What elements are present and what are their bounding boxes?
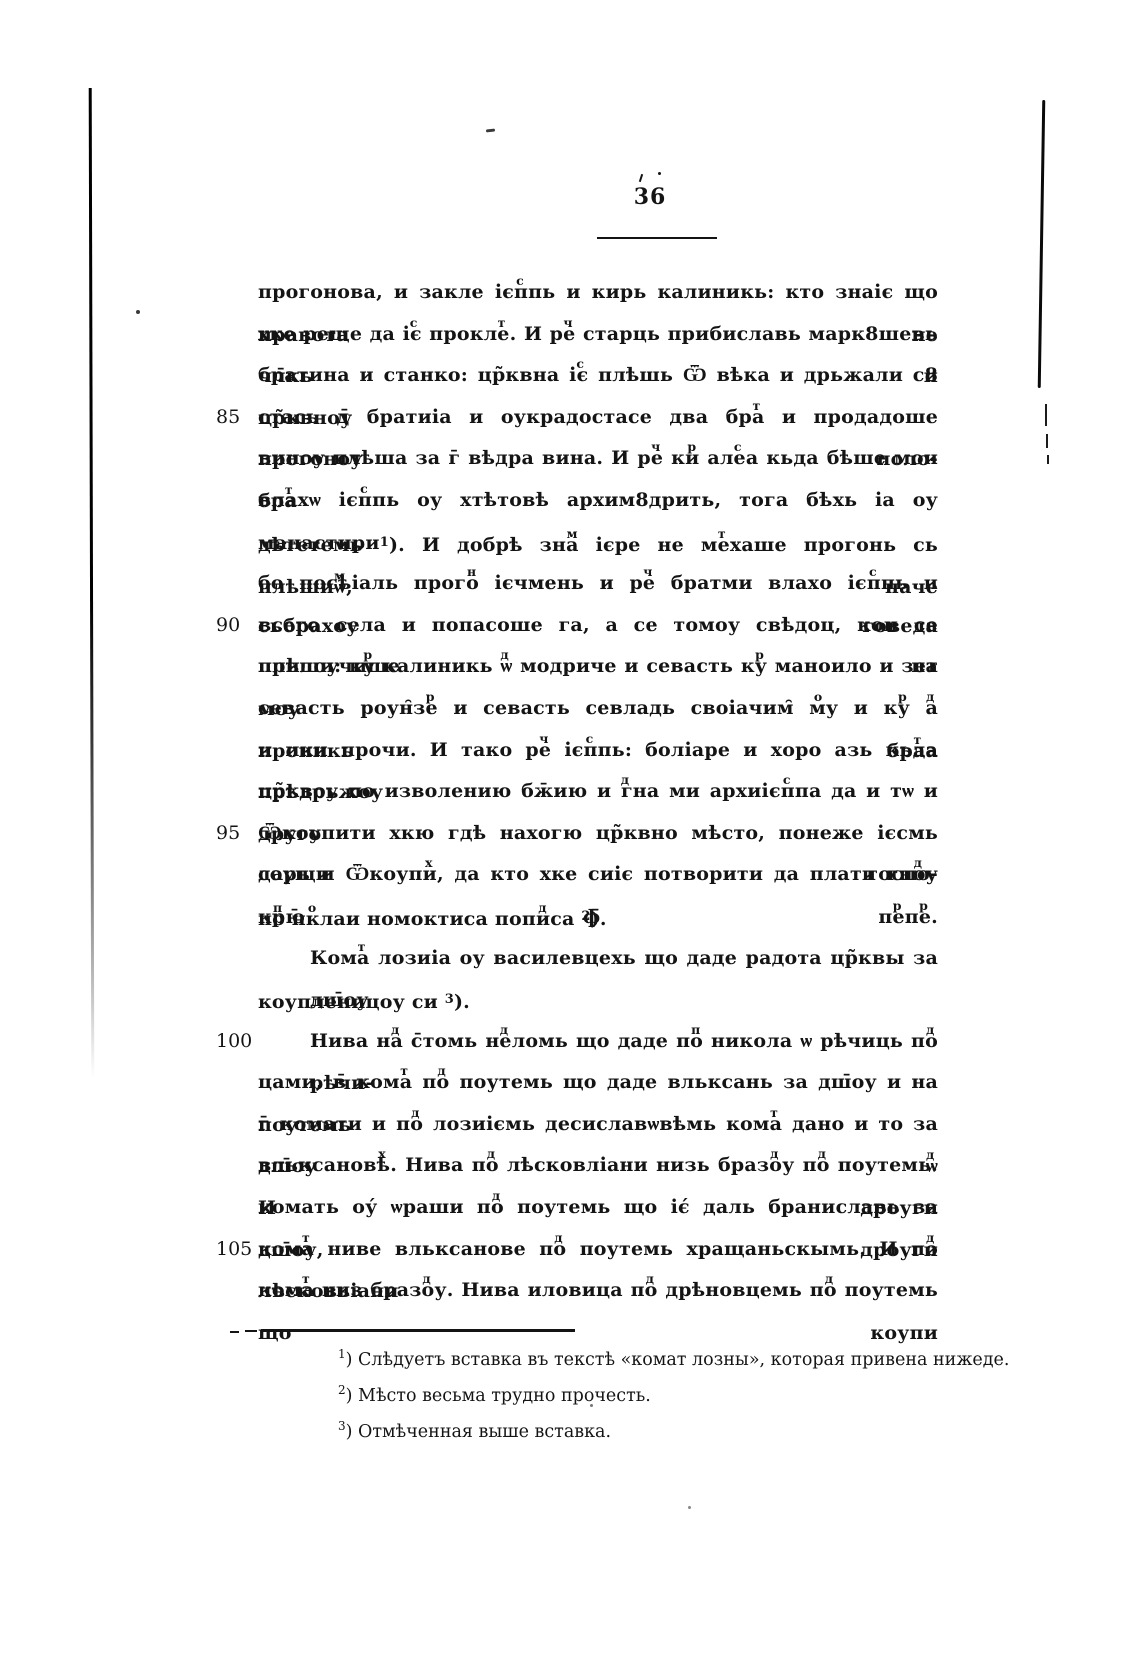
text-line: севасть роун̑зер и севасть севладь своіа…	[258, 688, 938, 730]
text-line: г̄ комати и под лозиіємь десиславѡвѣмь к…	[258, 1104, 938, 1146]
footnote-marker: 2)	[338, 1386, 352, 1406]
line-number: 95	[216, 813, 252, 855]
footnote-rule	[230, 1331, 239, 1333]
ink-speck	[486, 129, 495, 133]
footnote-ref: 2	[581, 909, 590, 924]
text-line: бо посѣіаль прогон ієчмень и реч братми …	[258, 563, 938, 605]
line-number: 85	[216, 397, 252, 439]
text-line: поп нколаи номоктиса попидса 2).	[258, 896, 938, 938]
page-number: 36	[560, 184, 740, 210]
text-line: дѣтетемь 1). И добрѣ знам ієре не метхаш…	[258, 522, 938, 564]
scan-edge-line-right-dash	[1047, 455, 1049, 464]
scan-edge-line-right-dash	[1045, 404, 1047, 426]
ink-speck	[688, 1506, 691, 1509]
text-line: Комат лозиіа оу василевцехь що даде радо…	[258, 938, 938, 980]
main-text-block: прогонова, и закле ієпспь и кирь калиник…	[258, 272, 938, 1312]
text-line: комать оу́ ѡраши под поутемь що іє́ даль…	[258, 1187, 938, 1229]
text-line: комат ниве вльксанове под поутемь хращан…	[258, 1229, 938, 1271]
footnote-rule	[261, 1329, 575, 1332]
text-line: прогонова, и закле ієпспь и кирь калиник…	[258, 272, 938, 314]
scan-edge-line-left	[89, 88, 95, 1078]
footnote-marker: 1)	[338, 1350, 352, 1370]
line-number: 105	[216, 1229, 252, 1271]
footnote-ref: 1	[380, 535, 389, 550]
line-number: 100	[216, 1021, 252, 1063]
text-line: плѣши: кур калиникь ѡд модриче и севасть…	[258, 646, 938, 688]
text-line: Нива над с̄томь недломь що даде поп нико…	[258, 1021, 938, 1063]
text-line: вльксановѣх. Нива под лѣсковліани низь б…	[258, 1145, 938, 1187]
text-line: хке реще да ієс проклет. И реч старць пр…	[258, 314, 938, 356]
text-line: комат низ бразоду. Нива иловица под дрѣн…	[258, 1270, 938, 1312]
footnote-marker: 3)	[338, 1422, 352, 1442]
footnotes-block: 1) Слѣдуетъ вставка въ текстѣ «комат лоз…	[338, 1336, 1028, 1444]
text-line: влахѡ ієпспь оу хтѣтовѣ архим8дрить, тог…	[258, 480, 938, 522]
page-number-rule	[597, 237, 717, 239]
scan-edge-line-right	[1038, 100, 1046, 388]
ink-speck	[136, 310, 140, 314]
print-artifact-mark	[639, 174, 643, 182]
print-artifact-mark	[658, 172, 661, 175]
text-line: цами, в̄ комат под поутемь що даде влькс…	[258, 1062, 938, 1104]
text-line: цр̃квоу по изволению бж̄ию и гдна ми арх…	[258, 771, 938, 813]
text-line: стась д̄ братиіа и оукрадостасе два брат…	[258, 397, 938, 439]
footnote: 1) Слѣдуетъ вставка въ текстѣ «комат лоз…	[338, 1336, 1028, 1372]
text-line: и ики прочи. И тако реч ієпспь: боліаре …	[258, 730, 938, 772]
text-line: Ѿкоупити хкю гдѣ нахогю цр̃квно мѣсто, п…	[258, 813, 938, 855]
footnote-rule	[245, 1330, 257, 1332]
line-number: 90	[216, 605, 252, 647]
scan-edge-line-right-dash	[1046, 434, 1048, 448]
footnote-ref: 3	[445, 992, 454, 1007]
text-line: дарь и Ѿкоупих, да кто хке сиіє потворит…	[258, 854, 938, 896]
document-page: 36 прогонова, и закле ієпспь и кирь кали…	[0, 0, 1140, 1679]
text-line: братина и станко: цр̃квна ієс плѣшь Ѿ вѣ…	[258, 355, 938, 397]
footnote: 3) Отмѣченная выше вставка.	[338, 1408, 1028, 1444]
footnote: 2) Мѣсто весьма трудно прочесть.	[338, 1372, 1028, 1408]
text-line: коупленицоу си 3).	[258, 979, 938, 1021]
text-line: всего села и попасоше га, а се томоу свѣ…	[258, 605, 938, 647]
